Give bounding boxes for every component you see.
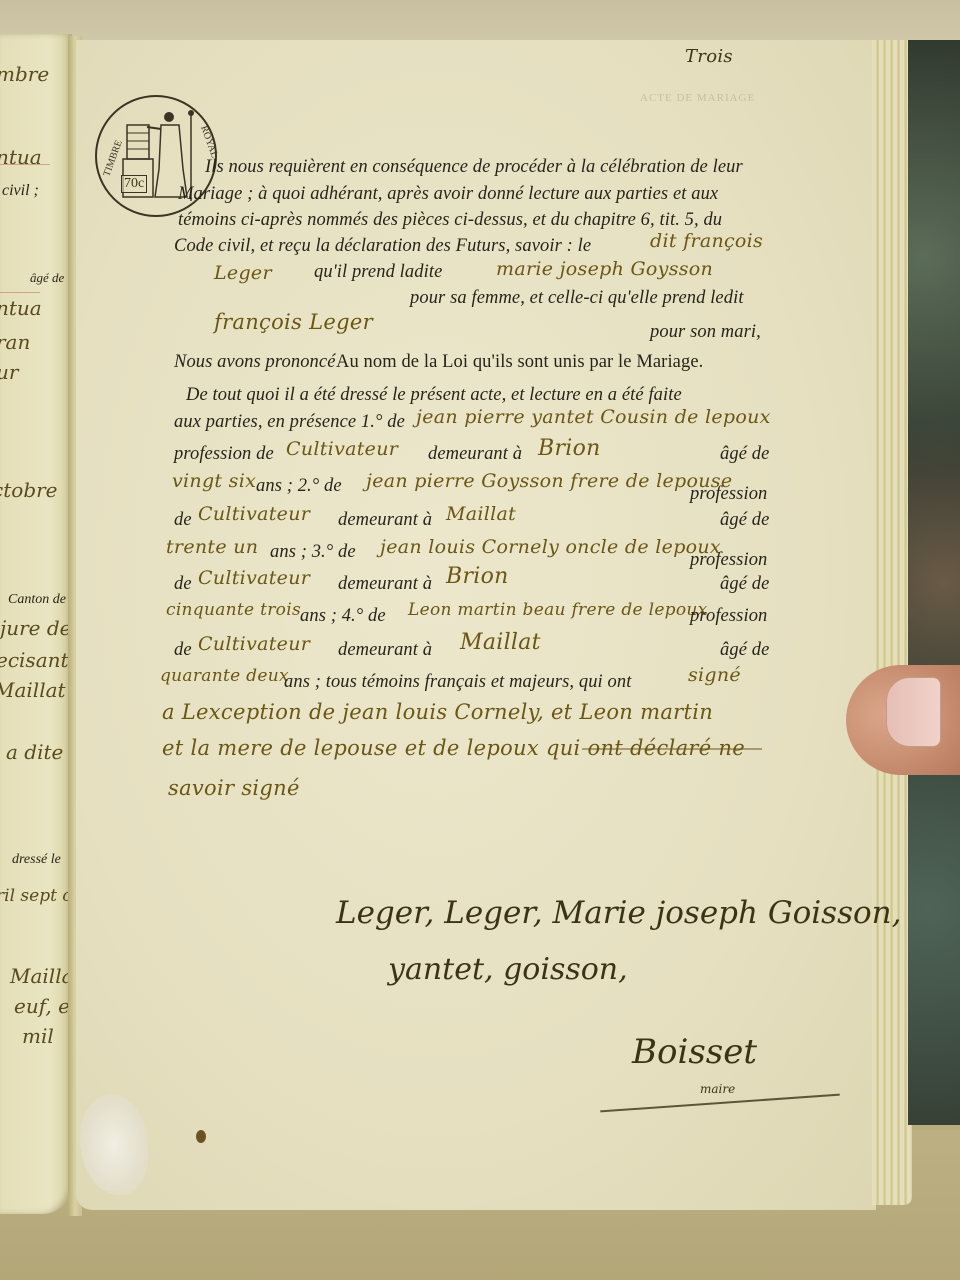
left-fragment: mil <box>22 1024 54 1048</box>
left-fragment: civil ; <box>2 182 39 200</box>
printed-age: âgé de <box>720 640 769 661</box>
red-rule <box>0 164 50 165</box>
left-page: mbre ntua civil ; âgé de ntua ran ur oct… <box>0 34 72 1214</box>
svg-text:ROYAL: ROYAL <box>198 124 219 159</box>
witness-1-age: vingt six <box>172 470 256 492</box>
bleed-through-header: ACTE DE MARIAGE <box>640 92 755 104</box>
printed-profession: profession <box>690 606 767 627</box>
printed-witness-4: ans ; 4.° de <box>300 606 386 627</box>
printed-line-9: De tout quoi il a été dressé le présent … <box>186 385 682 406</box>
left-fragment: âgé de <box>30 270 64 286</box>
witness-3-age: cinquante trois <box>166 600 301 620</box>
witness-2-profession: Cultivateur <box>198 503 310 525</box>
printed-line-3: témoins ci-après nommés des pièces ci-de… <box>178 210 722 231</box>
witness-3-residence: Brion <box>446 564 509 589</box>
ink-spot <box>196 1130 206 1143</box>
printed-de: de <box>174 510 192 531</box>
left-fragment: Maillat <box>10 964 72 988</box>
left-fragment: jure de <box>0 616 71 640</box>
mayor-title: maire <box>700 1082 735 1096</box>
witness-1-profession: Cultivateur <box>286 438 398 460</box>
printed-line-5: qu'il prend ladite <box>314 262 442 283</box>
left-fragment: octobre <box>0 478 58 502</box>
left-fragment: mbre <box>0 62 49 86</box>
printed-line-7: pour son mari, <box>650 322 761 343</box>
witness-2-residence: Maillat <box>446 503 516 525</box>
left-fragment: ntua <box>0 296 42 320</box>
thumb-holding-page <box>846 665 960 775</box>
left-fragment: ran <box>0 330 30 354</box>
printed-profession: profession <box>690 550 767 571</box>
thumbnail <box>886 677 941 747</box>
groom-full-name: françois Leger <box>214 310 373 334</box>
witness-4-age: quarante deux <box>160 666 289 686</box>
left-fragment: euf, et <box>14 994 72 1018</box>
printed-demeurant: demeurant à <box>428 444 522 465</box>
signatures-line-2: yantet, goisson, <box>388 952 628 987</box>
handwritten-exception-line-1: a Lexception de jean louis Cornely, et L… <box>162 700 713 724</box>
signatures-line-1: Leger, Leger, Marie joseph Goisson, <box>336 895 901 931</box>
book-cover-marbled <box>908 40 960 1125</box>
witness-4-name: Leon martin beau frere de lepoux <box>408 600 708 620</box>
folio-mark: Trois <box>685 46 733 67</box>
witness-3-name: jean louis Cornely oncle de lepoux <box>380 536 721 558</box>
printed-line-6: pour sa femme, et celle-ci qu'elle prend… <box>410 288 744 309</box>
left-fragment: ntua <box>0 145 42 169</box>
left-fragment: Canton de <box>8 592 66 608</box>
page-edges <box>872 40 912 1205</box>
witness-1-name: jean pierre yantet Cousin de lepoux <box>416 406 771 428</box>
printed-witness-3: ans ; 3.° de <box>270 542 356 563</box>
left-fragment: ur <box>0 360 18 384</box>
left-fragment: ril sept cent <box>0 886 72 906</box>
left-fragment: Maillat <box>0 678 66 702</box>
strike-through <box>582 748 762 750</box>
left-fragment: a dite <box>6 740 63 764</box>
printed-line-4: Code civil, et reçu la déclaration des F… <box>174 236 591 257</box>
printed-age: âgé de <box>720 444 769 465</box>
printed-profession: profession de <box>174 444 274 465</box>
svg-text:TIMBRE: TIMBRE <box>101 139 124 178</box>
printed-line-2: Mariage ; à quoi adhérant, après avoir d… <box>178 184 718 205</box>
groom-name-1: dit françois <box>650 230 763 252</box>
handwritten-exception-line-3: savoir signé <box>168 776 300 800</box>
printed-witness-2: ans ; 2.° de <box>256 476 342 497</box>
printed-demeurant: demeurant à <box>338 640 432 661</box>
printed-line-1: Ils nous requièrent en conséquence de pr… <box>205 157 743 178</box>
stamp-value: 70c <box>121 175 147 193</box>
printed-de: de <box>174 574 192 595</box>
signed-note: signé <box>688 664 741 686</box>
witness-1-residence: Brion <box>538 436 601 461</box>
witness-2-age: trente un <box>166 536 258 558</box>
witness-3-profession: Cultivateur <box>198 567 310 589</box>
printed-profession: profession <box>690 484 767 505</box>
background-top <box>0 0 960 40</box>
left-fragment: ecisant <box>0 648 69 672</box>
witness-4-residence: Maillat <box>460 630 541 655</box>
printed-age: âgé de <box>720 510 769 531</box>
groom-surname: Leger <box>214 262 272 284</box>
printed-witnesses-statement: ans ; tous témoins français et majeurs, … <box>284 672 631 693</box>
printed-demeurant: demeurant à <box>338 510 432 531</box>
witness-4-profession: Cultivateur <box>198 633 310 655</box>
bride-name: marie joseph Goysson <box>496 258 713 280</box>
pronouncement-label: Nous avons prononcé <box>174 352 336 373</box>
pronouncement-text: Au nom de la Loi qu'ils sont unis par le… <box>336 352 703 373</box>
printed-line-10: aux parties, en présence 1.° de <box>174 412 405 433</box>
mayor-signature: Boisset <box>632 1032 757 1072</box>
printed-de: de <box>174 640 192 661</box>
left-fragment: dressé le <box>12 852 61 868</box>
red-rule <box>0 292 40 293</box>
printed-demeurant: demeurant à <box>338 574 432 595</box>
printed-age: âgé de <box>720 574 769 595</box>
witness-2-name: jean pierre Goysson frere de lepouse <box>366 470 732 492</box>
